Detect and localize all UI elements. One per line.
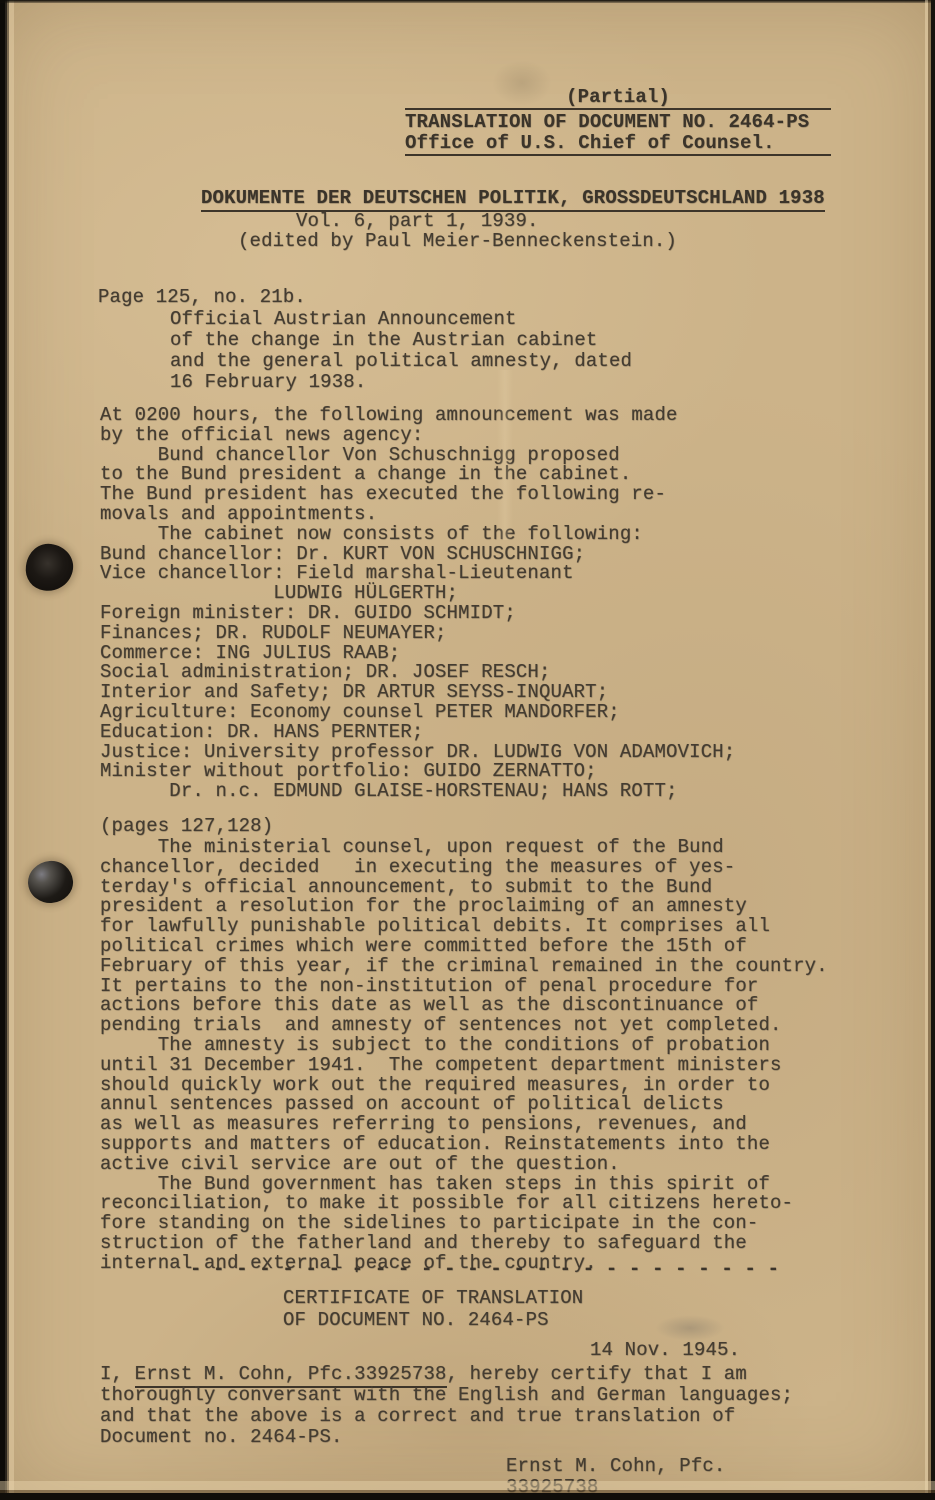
- section2-body: The ministerial counsel, upon request of…: [100, 838, 828, 1274]
- certificate-heading-line1: CERTIFICATE OF TRANSLATION: [283, 1287, 583, 1309]
- ink-smudge: [655, 1315, 725, 1341]
- paper-edge-right: [925, 0, 928, 1500]
- section1-page-ref: Page 125, no. 21b.: [98, 287, 306, 308]
- signature-number: 33925738: [506, 1477, 598, 1498]
- source-editor: (edited by Paul Meier-Benneckenstein.): [238, 232, 677, 252]
- scan-edge-left: [0, 0, 9, 1500]
- document-number-line: TRANSLATION OF DOCUMENT NO. 2464-PS: [405, 112, 831, 133]
- translation-header: (Partial) TRANSLATION OF DOCUMENT NO. 24…: [405, 87, 831, 156]
- paper-edge-bottom: [0, 1481, 935, 1490]
- scan-edge-right: [931, 0, 935, 1500]
- scan-edge-bottom: [0, 1493, 935, 1500]
- certificate-heading-line2: OF DOCUMENT NO. 2464-PS: [283, 1309, 549, 1331]
- dashed-separator: - - - - - - - - - - - - - - - - - - - - …: [190, 1260, 779, 1280]
- office-line: Office of U.S. Chief of Counsel.: [405, 133, 831, 156]
- paper-edge-left: [9, 0, 14, 1500]
- partial-label: (Partial): [405, 87, 831, 110]
- hole-punch-bottom: [26, 859, 74, 905]
- source-title: DOKUMENTE DER DEUTSCHEN POLITIK, GROSSDE…: [201, 189, 825, 209]
- section1-body: At 0200 hours, the following amnouncemen…: [100, 406, 735, 802]
- paper-edge-bottom-shadow: [0, 1490, 935, 1493]
- section1-heading: Official Austrian Announcement of the ch…: [170, 309, 632, 393]
- certificate-date: 14 Nov. 1945.: [590, 1341, 740, 1361]
- hole-punch-top: [23, 541, 76, 594]
- section2-page-ref: (pages 127,128): [100, 817, 273, 837]
- paper-edge-right-shadow: [928, 0, 931, 1500]
- scanned-document-page: (Partial) TRANSLATION OF DOCUMENT NO. 24…: [0, 0, 935, 1500]
- scan-edge-top: [0, 0, 935, 3]
- source-subtitle: Vol. 6, part 1, 1939.: [296, 212, 539, 232]
- signature-name: Ernst M. Cohn, Pfc.: [506, 1456, 726, 1477]
- statement-prefix: I,: [100, 1363, 135, 1385]
- source-title-text: DOKUMENTE DER DEUTSCHEN POLITIK, GROSSDE…: [201, 187, 825, 212]
- certificate-statement: I, Ernst M. Cohn, Pfc.33925738, hereby c…: [100, 1364, 793, 1448]
